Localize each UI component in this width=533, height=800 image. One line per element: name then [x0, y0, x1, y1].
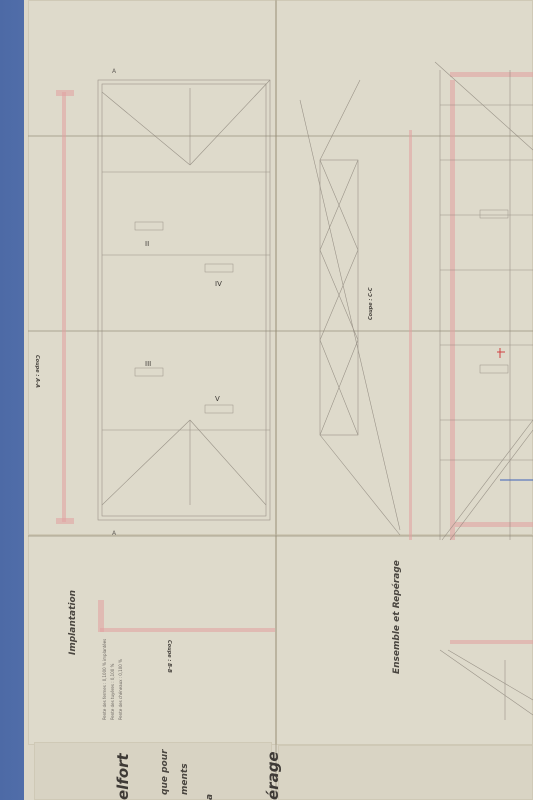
coupe-aa-label: Coupe : A-A: [34, 355, 40, 388]
title-text: ments: [180, 763, 190, 795]
coupe-bb-label: Coupe : B-B: [166, 640, 172, 673]
title-text: a: [205, 794, 215, 800]
plan-label: II: [145, 240, 149, 248]
title-text: érage: [264, 751, 282, 800]
implantation-label: Implantation: [68, 590, 78, 655]
section-marker: A: [112, 68, 116, 75]
ensemble-label: Ensemble et Repérage: [392, 560, 402, 674]
drawing-lines: [0, 0, 533, 800]
coupe-cc-label: Coupe : C-C: [368, 287, 374, 320]
plan-label: III: [145, 360, 151, 368]
legend-line: Pente des fermes : 0,1000 % implantées: [102, 639, 107, 720]
legend-line: Pente des chéneaux : 0,100 %: [118, 659, 123, 720]
title-text: elfort: [114, 753, 132, 800]
plan-label: IV: [215, 280, 222, 288]
legend-line: Pente des tuyères : 0,100 %: [110, 664, 115, 720]
plan-label: V: [215, 395, 220, 403]
title-text: que pour: [160, 749, 170, 795]
section-marker: A: [112, 530, 116, 537]
